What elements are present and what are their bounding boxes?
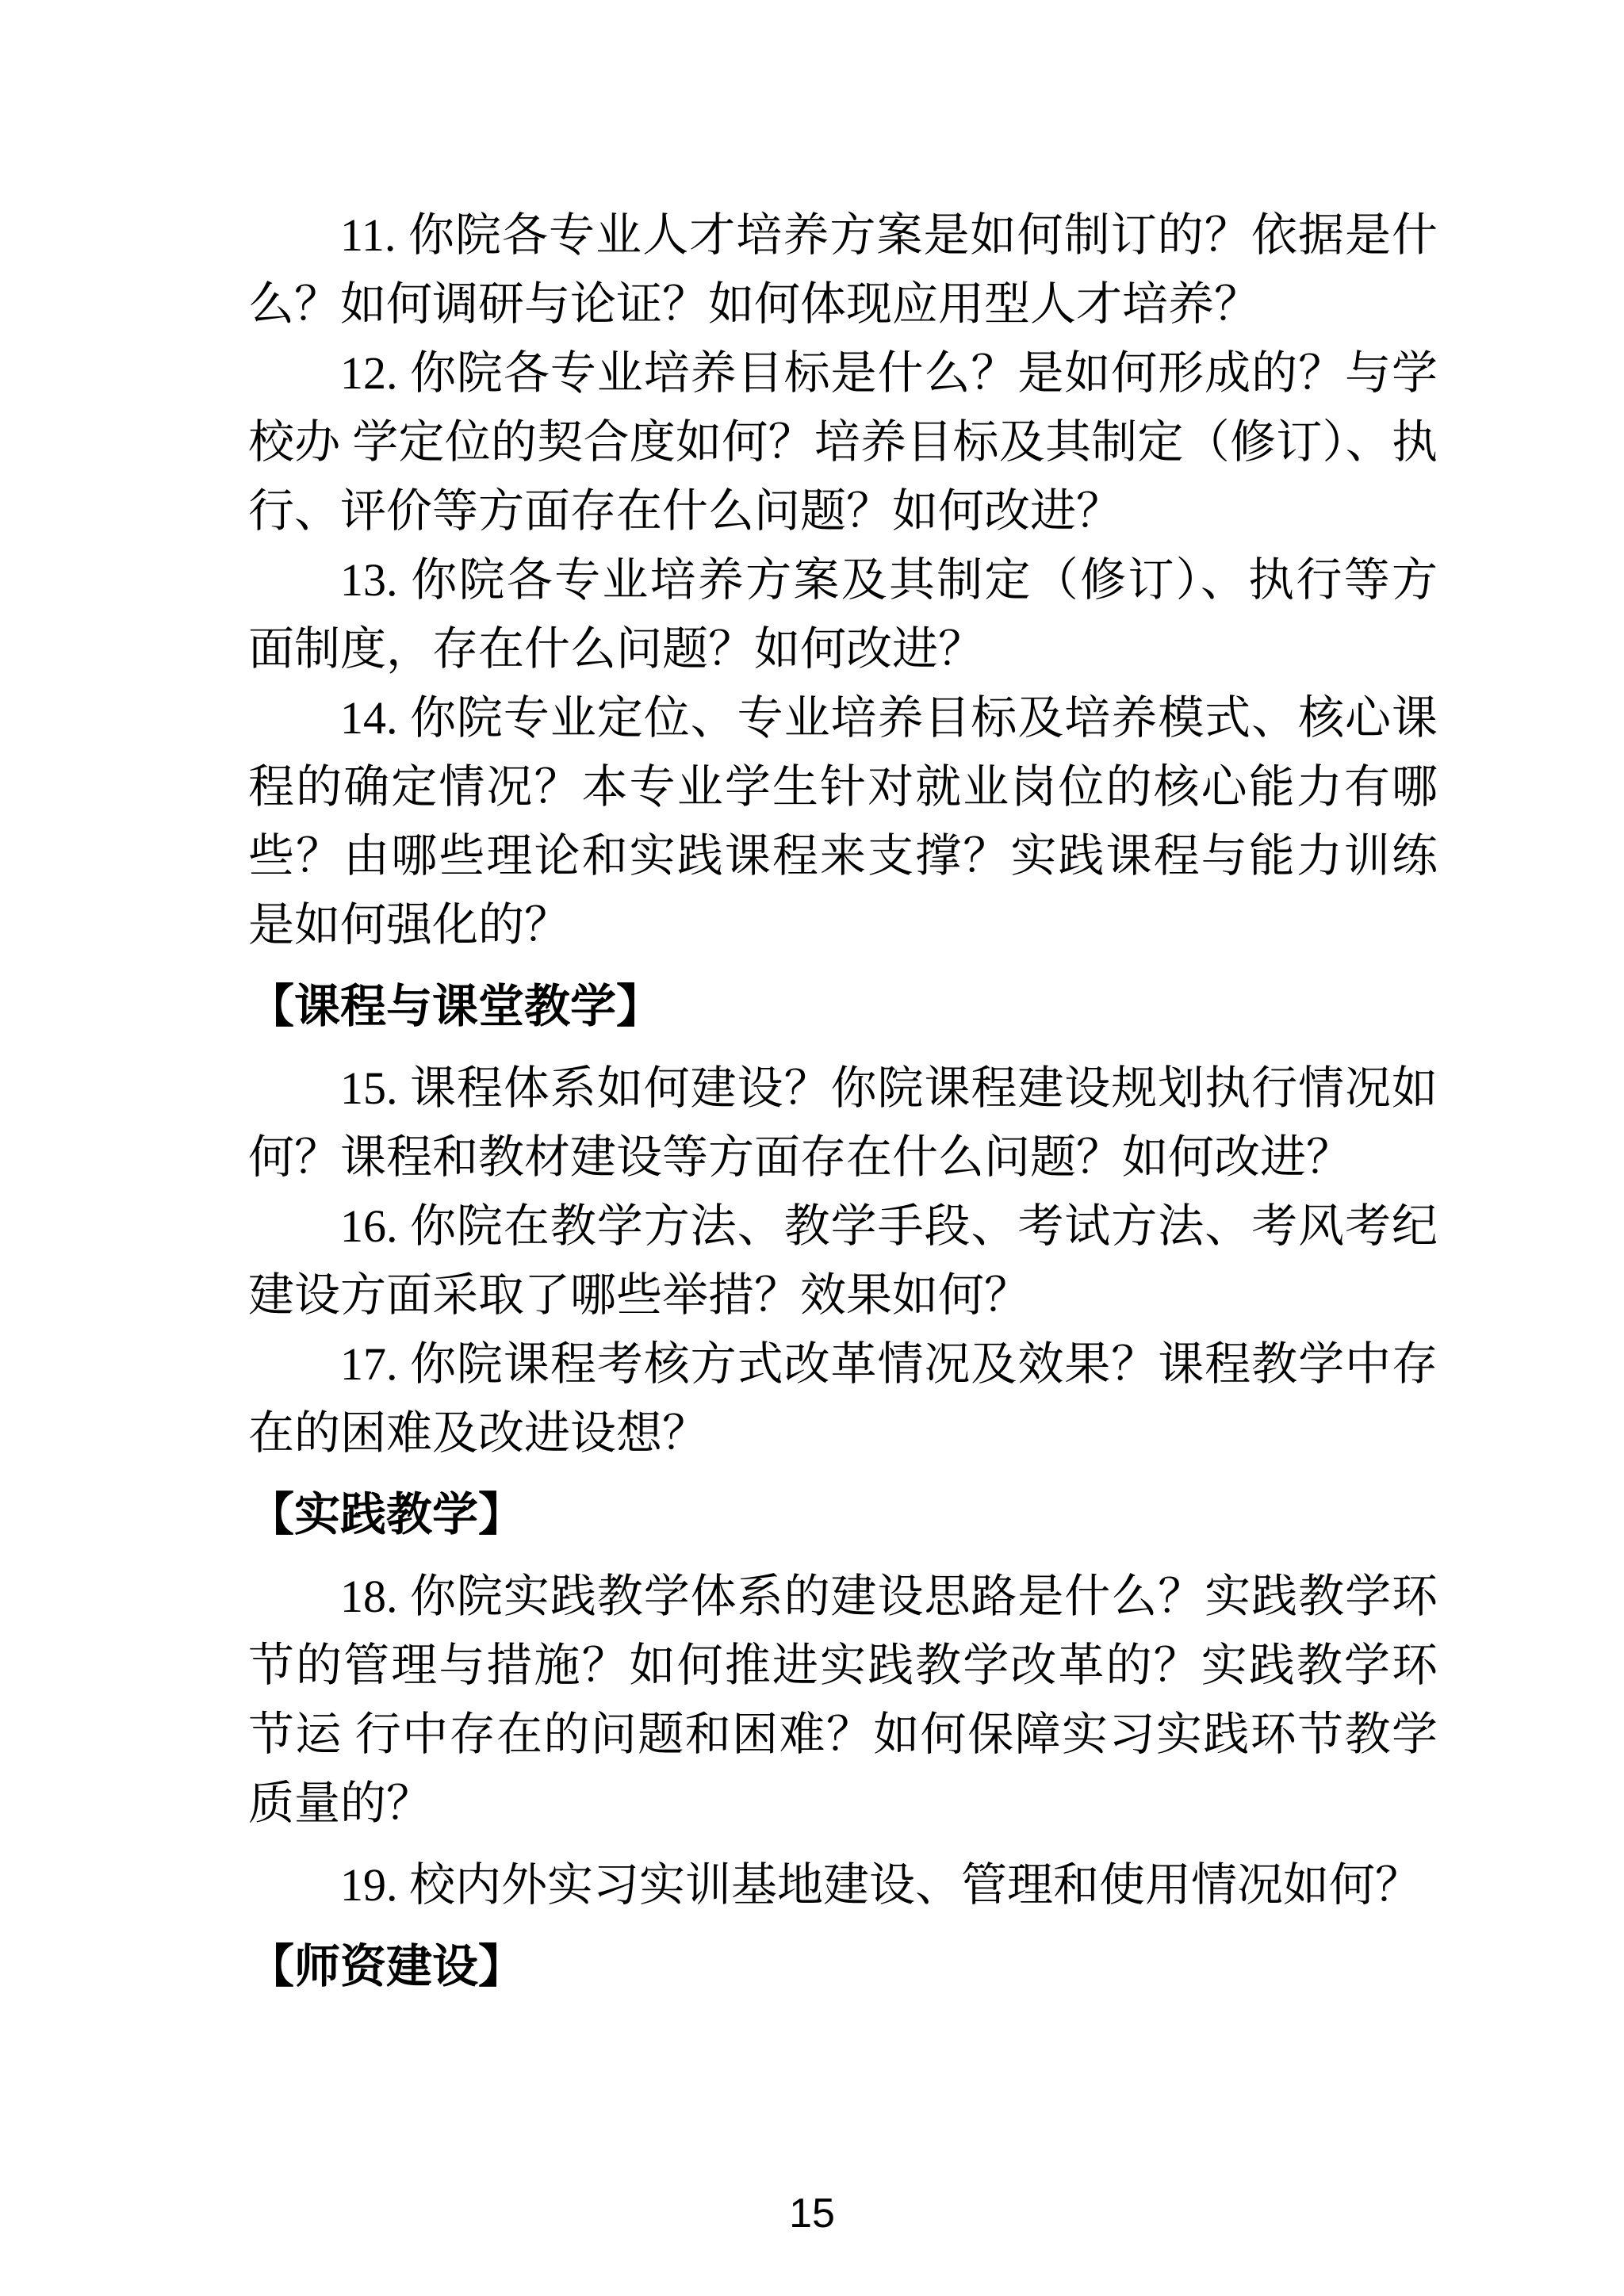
question-paragraph: 14. 你院专业定位、专业培养目标及培养模式、核心课程的确定情况？本专业学生针对… xyxy=(248,683,1438,959)
question-paragraph: 15. 课程体系如何建设？你院课程建设规划执行情况如何？课程和教材建设等方面存在… xyxy=(248,1054,1438,1192)
question-paragraph: 13. 你院各专业培养方案及其制定（修订）、执行等方面制度，存在什么问题？如何改… xyxy=(248,545,1438,683)
question-paragraph: 16. 你院在教学方法、教学手段、考试方法、考风考纪建设方面采取了哪些举措？效果… xyxy=(248,1192,1438,1330)
question-paragraph: 11. 你院各专业人才培养方案是如何制订的？依据是什么？如何调研与论证？如何体现… xyxy=(248,201,1438,339)
document-page: 11. 你院各专业人才培养方案是如何制订的？依据是什么？如何调研与论证？如何体现… xyxy=(0,0,1624,2296)
section-header: 【实践教学】 xyxy=(248,1480,1438,1549)
document-body: 11. 你院各专业人才培养方案是如何制订的？依据是什么？如何调研与论证？如何体现… xyxy=(248,201,1438,2014)
page-number: 15 xyxy=(0,2190,1624,2237)
section-header: 【课程与课堂教学】 xyxy=(248,972,1438,1041)
section-header: 【师资建设】 xyxy=(248,1932,1438,2001)
question-paragraph: 19. 校内外实习实训基地建设、管理和使用情况如何？ xyxy=(248,1850,1438,1919)
question-paragraph: 18. 你院实践教学体系的建设思路是什么？实践教学环节的管理与措施？如何推进实践… xyxy=(248,1562,1438,1838)
question-paragraph: 12. 你院各专业培养目标是什么？是如何形成的？与学校办 学定位的契合度如何？培… xyxy=(248,339,1438,545)
question-paragraph: 17. 你院课程考核方式改革情况及效果？课程教学中存在的困难及改进设想？ xyxy=(248,1330,1438,1468)
